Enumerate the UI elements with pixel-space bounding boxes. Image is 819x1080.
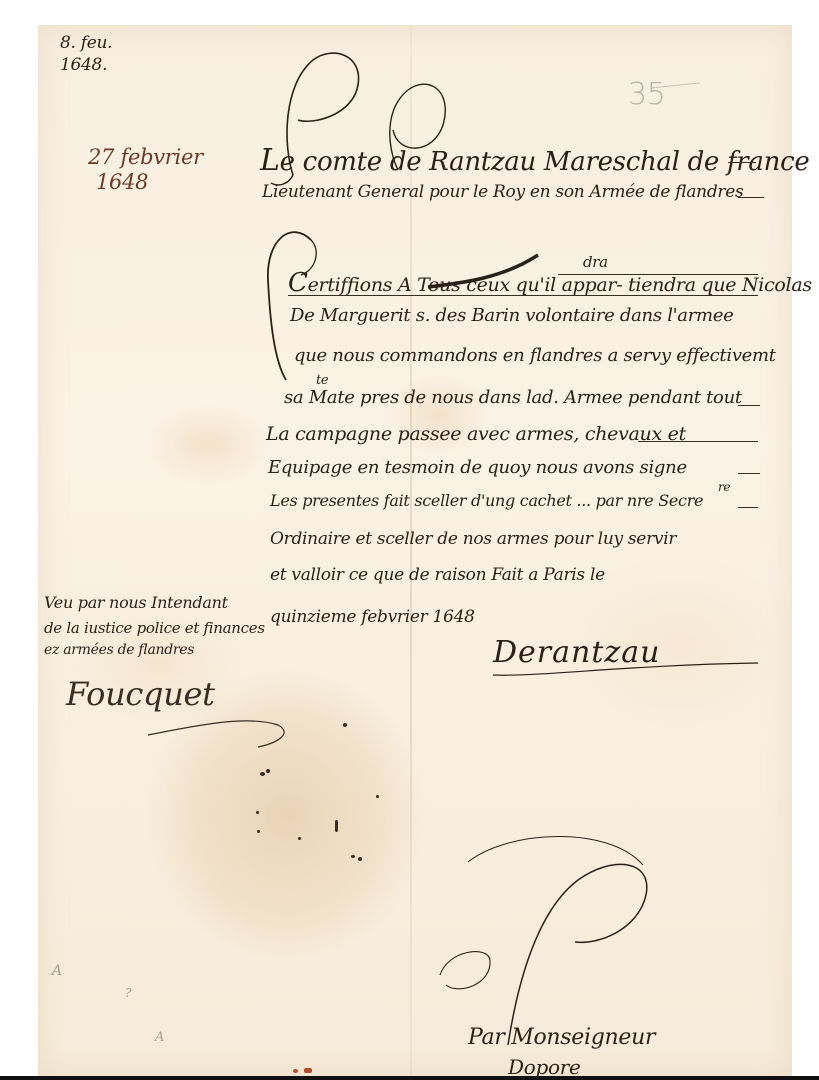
faint-pencil-mark: ? — [125, 986, 131, 1000]
intendant-note-line1: Veu par nous Intendant — [44, 593, 228, 612]
body-line-1-rule-top — [558, 274, 758, 275]
faint-pencil-mark: A — [155, 1030, 164, 1045]
main-signature-flourish — [478, 625, 768, 685]
folio-number: 35 — [628, 77, 666, 112]
seal-remnant-dot — [358, 857, 362, 861]
body-line-4-dash — [738, 405, 760, 406]
body-line-8: Ordinaire et sceller de nos armes pour l… — [270, 529, 676, 549]
margin-date-note-line1: 27 febvrier — [88, 145, 203, 169]
countersign-initial-p-flourish — [418, 820, 658, 1050]
seal-remnant-dot — [351, 855, 355, 858]
seal-remnant-dot — [260, 772, 265, 776]
body-line-1: Certiffions A Tous ceux qu'il appar- tie… — [288, 268, 812, 298]
heading-line-2: Lieutenant General pour le Roy en son Ar… — [262, 182, 743, 202]
body-line-1-text: ertiffions A Tous ceux qu'il appar- tien… — [308, 274, 812, 296]
seal-remnant-dot — [257, 830, 260, 833]
seal-remnant-dot — [335, 820, 338, 832]
intendant-signature-flourish — [78, 685, 318, 755]
red-wax-fleck — [293, 1069, 298, 1073]
margin-date-note-line2: 1648 — [96, 170, 148, 194]
countersign-line1: Par Monseigneur — [468, 1025, 655, 1050]
scanned-document-canvas: 8. feu. 1648. 27 febvrier 1648 35 Le com… — [0, 0, 819, 1080]
paper-sheet: 8. feu. 1648. 27 febvrier 1648 35 Le com… — [38, 25, 792, 1076]
intendant-note-line2: de la iustice police et finances — [44, 619, 265, 637]
body-line-7: Les presentes fait sceller d'ung cachet … — [270, 491, 703, 510]
seal-remnant-dot — [256, 811, 259, 814]
body-line-10: quinzieme febvrier 1648 — [270, 607, 475, 627]
heading-line-1: Le comte de Rantzau Mareschal de france — [260, 143, 809, 178]
body-superscript-3: re — [718, 480, 730, 494]
body-line-6-dash — [738, 473, 760, 474]
body-initial: C — [288, 268, 308, 298]
body-line-2: De Marguerit s. des Barin volontaire dan… — [290, 305, 734, 326]
body-line-6: Equipage en tesmoin de quoy nous avons s… — [268, 457, 687, 478]
seal-remnant-dot — [266, 769, 270, 773]
heading-line-1-dash — [728, 162, 756, 163]
seal-remnant-dot — [376, 795, 379, 798]
seal-remnant-dot — [298, 837, 301, 840]
body-line-7-dash — [738, 507, 758, 508]
body-line-5: La campagne passee avec armes, chevaux e… — [266, 423, 686, 445]
seal-remnant-dot — [343, 723, 347, 727]
body-line-1-rule-bottom — [288, 295, 758, 296]
margin-note-top-left-line1: 8. feu. — [60, 33, 112, 53]
intendant-note-line3: ez armées de flandres — [44, 642, 194, 658]
body-superscript-2: te — [316, 373, 328, 388]
heading-initial: L — [260, 143, 280, 178]
body-line-3: que nous commandons en flandres a servy … — [294, 345, 776, 366]
body-line-5-dash — [638, 441, 758, 442]
scan-bottom-edge — [0, 1076, 819, 1080]
body-line-4: sa Mate pres de nous dans lad. Armee pen… — [284, 387, 742, 408]
faint-pencil-mark: A — [52, 963, 62, 979]
heading-line-2-dash — [738, 197, 764, 198]
red-wax-fleck — [304, 1068, 312, 1073]
margin-note-top-left-line2: 1648. — [60, 55, 107, 75]
body-line-9: et valloir ce que de raison Fait a Paris… — [270, 565, 605, 585]
